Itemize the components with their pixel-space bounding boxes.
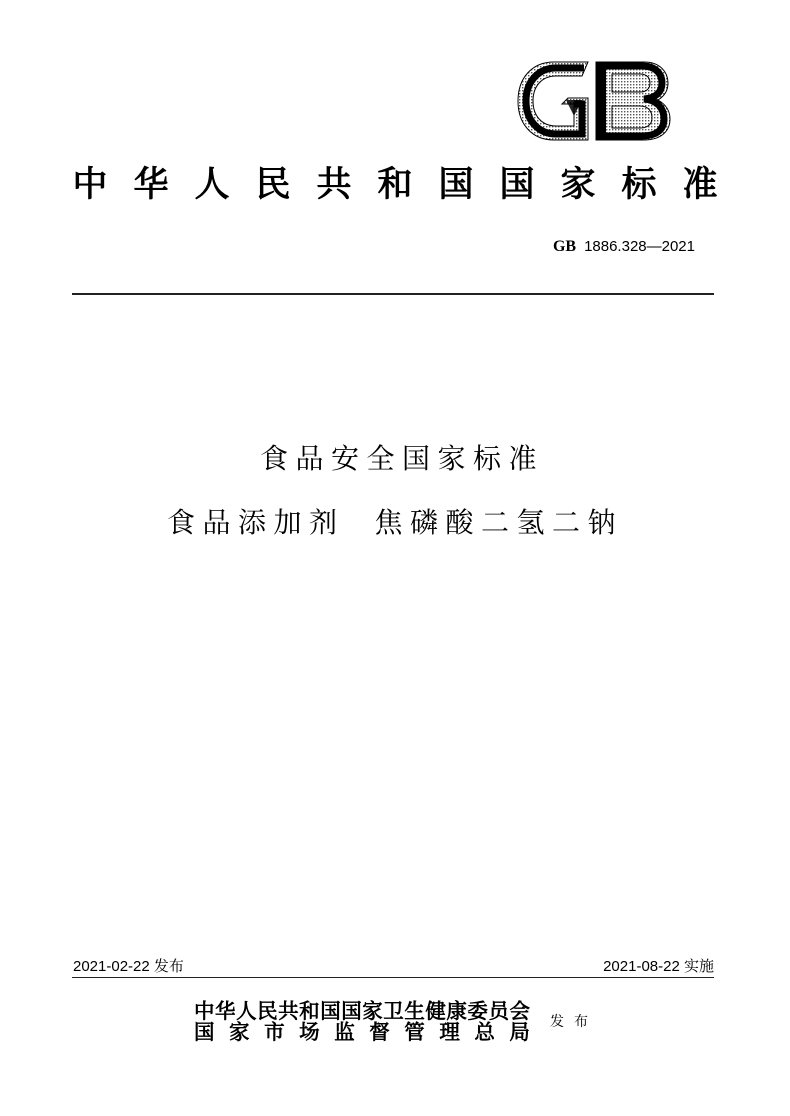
issuer-samr: 国 家 市 场 监 督 管 理 总 局 [194, 1022, 530, 1043]
issuer-char: 民 [257, 1001, 278, 1022]
title-char: 家 [560, 164, 596, 206]
issuer-char: 家 [362, 1001, 383, 1022]
standard-prefix: GB [553, 238, 576, 255]
title-char: 国 [499, 164, 535, 206]
issuer-char: 委 [467, 1001, 488, 1022]
issuer-char: 国 [341, 1001, 362, 1022]
title-char: 标 [621, 164, 657, 206]
issuer-char: 会 [509, 1001, 530, 1022]
issuing-authorities: 中 华 人 民 共 和 国 国 家 卫 生 健 康 委 员 会 国 家 市 场 … [194, 1001, 530, 1043]
issuer-char: 健 [425, 1001, 446, 1022]
title-char: 华 [133, 164, 169, 206]
implementation-date: 2021-08-22 实施 [603, 957, 714, 977]
title-char: 人 [194, 164, 230, 206]
document-title-line2: 食品添加剂焦磷酸二氢二钠 [0, 506, 790, 540]
issuer-char: 华 [215, 1001, 236, 1022]
issuer-char: 家 [229, 1022, 250, 1043]
issuer-char: 共 [278, 1001, 299, 1022]
issuer-char: 员 [488, 1001, 509, 1022]
issuer-char: 生 [404, 1001, 425, 1022]
issue-date: 2021-02-22 发布 [73, 957, 184, 977]
issuer-char: 人 [236, 1001, 257, 1022]
header-divider [72, 293, 714, 295]
issuer-nhc: 中 华 人 民 共 和 国 国 家 卫 生 健 康 委 员 会 [194, 1001, 530, 1022]
issuer-char: 和 [299, 1001, 320, 1022]
issuer-char: 监 [334, 1022, 355, 1043]
issuer-char: 督 [369, 1022, 390, 1043]
issuer-char: 国 [320, 1001, 341, 1022]
issuer-char: 总 [474, 1022, 495, 1043]
issuer-char: 国 [194, 1022, 215, 1043]
standard-number: GB1886.328—2021 [553, 236, 695, 257]
standard-code: 1886.328—2021 [584, 238, 695, 255]
issuer-char: 卫 [383, 1001, 404, 1022]
issuer-char: 康 [446, 1001, 467, 1022]
document-subject: 焦磷酸二氢二钠 [375, 506, 624, 539]
issuer-char: 市 [264, 1022, 285, 1043]
title-char: 中 [72, 164, 108, 206]
issuer-char: 中 [194, 1001, 215, 1022]
document-title-line1: 食品安全国家标准 [0, 442, 790, 476]
national-standard-title: 中 华 人 民 共 和 国 国 家 标 准 [72, 164, 718, 206]
issuer-char: 局 [509, 1022, 530, 1043]
footer-divider [72, 977, 714, 978]
issuer-char: 场 [299, 1022, 320, 1043]
title-char: 准 [682, 164, 718, 206]
title-char: 共 [316, 164, 352, 206]
issue-action-label: 发布 [550, 1013, 598, 1031]
document-category: 食品添加剂 [167, 506, 345, 539]
issuer-char: 理 [439, 1022, 460, 1043]
title-char: 和 [377, 164, 413, 206]
gb-standard-logo-icon [516, 60, 672, 142]
title-char: 国 [438, 164, 474, 206]
issuer-char: 管 [404, 1022, 425, 1043]
title-char: 民 [255, 164, 291, 206]
